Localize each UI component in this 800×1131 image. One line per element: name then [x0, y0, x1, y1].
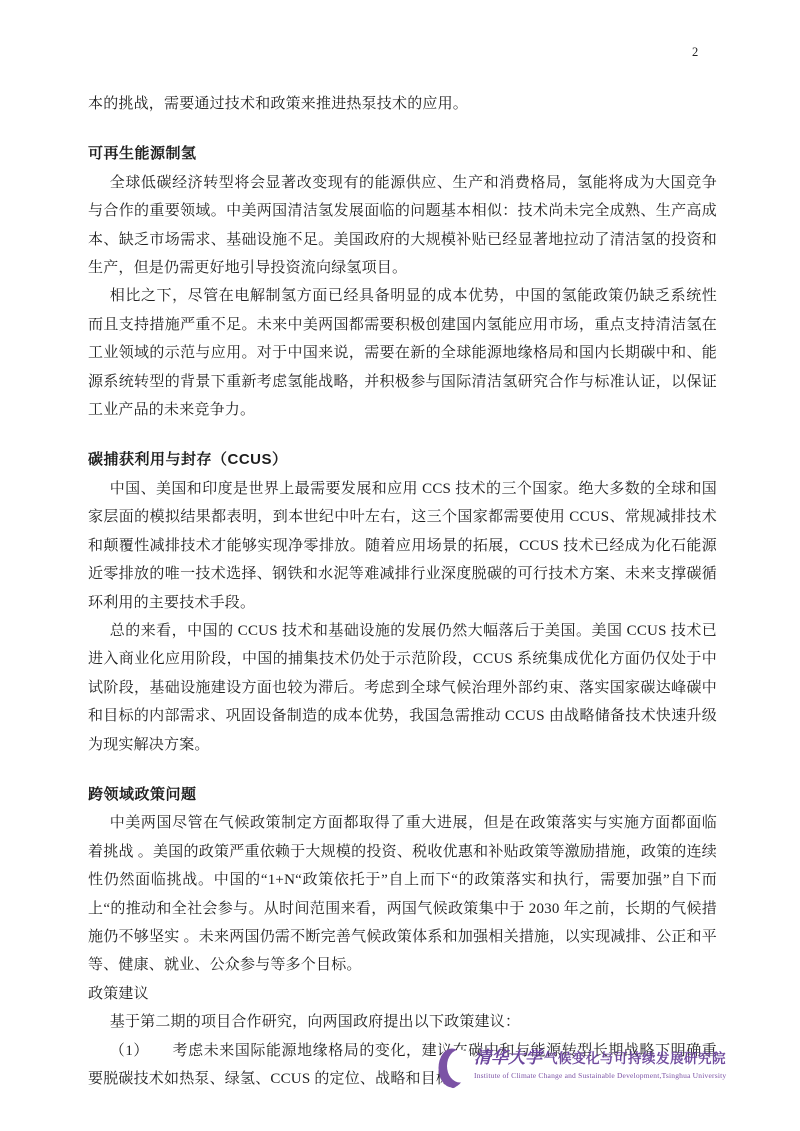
paragraph: 中国、美国和印度是世界上最需要发展和应用 CCS 技术的三个国家。绝大多数的全球… — [88, 475, 717, 617]
institute-name-en: Institute of Climate Change and Sustaina… — [474, 1071, 726, 1080]
document-page: 2 本的挑战，需要通过技术和政策来推进热泵技术的应用。可再生能源制氢全球低碳经济… — [0, 0, 800, 1131]
paragraph: 全球低碳经济转型将会显著改变现有的能源供应、生产和消费格局，氢能将成为大国竞争与… — [88, 169, 717, 283]
institute-name-block: 清华大学气候变化与可持续发展研究院 Institute of Climate C… — [474, 1049, 726, 1080]
institute-crescent-logo-icon — [438, 1047, 468, 1094]
paragraph: 相比之下，尽管在电解制氢方面已经具备明显的成本优势，中国的氢能政策仍缺乏系统性而… — [88, 282, 717, 424]
paragraph: 基于第二期的项目合作研究，向两国政府提出以下政策建议： — [88, 1008, 717, 1036]
institute-name-script: 清华大学 — [474, 1048, 542, 1067]
paragraph: 总的来看，中国的 CCUS 技术和基础设施的发展仍然大幅落后于美国。美国 CCU… — [88, 617, 717, 759]
footer-logo: 清华大学气候变化与可持续发展研究院 Institute of Climate C… — [438, 1045, 726, 1094]
section-heading: 碳捕获利用与封存（CCUS） — [88, 446, 717, 474]
paragraph: 政策建议 — [88, 980, 717, 1008]
institute-name-cn: 气候变化与可持续发展研究院 — [544, 1051, 726, 1066]
paragraph: 本的挑战，需要通过技术和政策来推进热泵技术的应用。 — [88, 90, 717, 118]
page-number: 2 — [692, 45, 698, 60]
paragraph: 中美两国尽管在气候政策制定方面都取得了重大进展，但是在政策落实与实施方面都面临着… — [88, 809, 717, 979]
section-heading: 跨领域政策问题 — [88, 781, 717, 809]
document-body: 本的挑战，需要通过技术和政策来推进热泵技术的应用。可再生能源制氢全球低碳经济转型… — [88, 90, 717, 1093]
institute-name-cn-line: 清华大学气候变化与可持续发展研究院 — [474, 1049, 726, 1068]
section-heading: 可再生能源制氢 — [88, 140, 717, 168]
